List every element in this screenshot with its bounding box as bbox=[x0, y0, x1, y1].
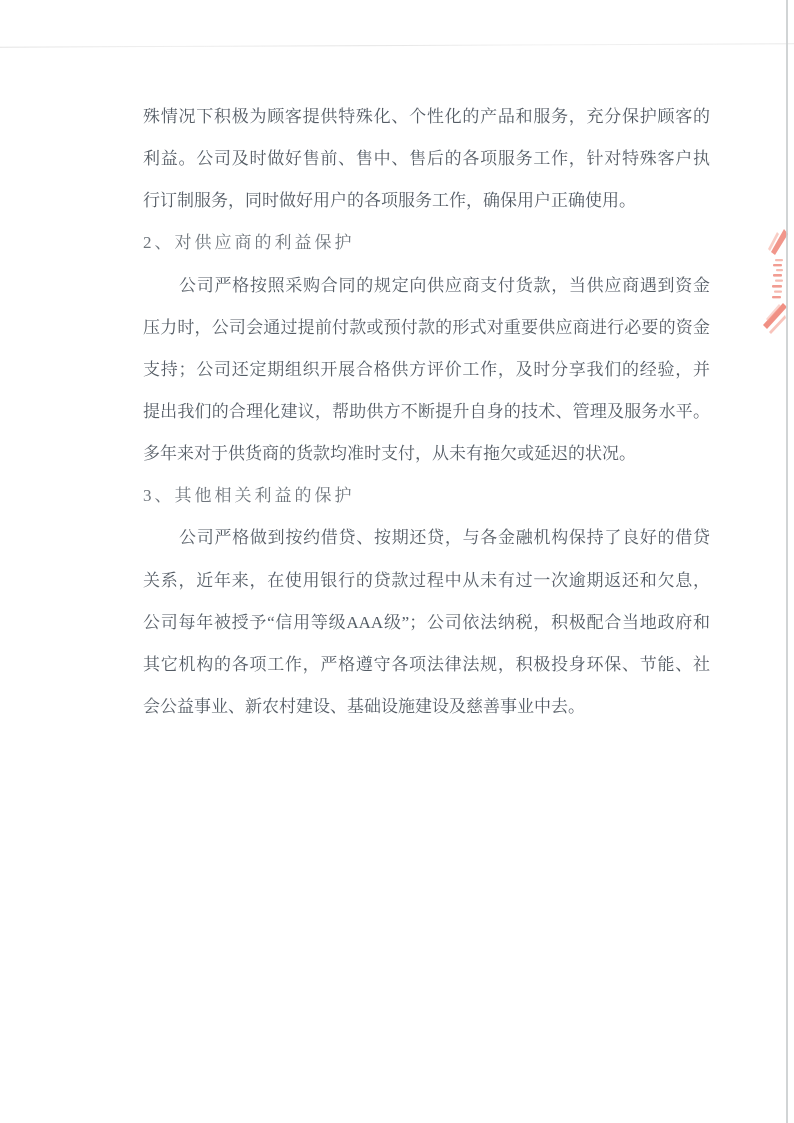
document-text: 殊情况下积极为顾客提供特殊化、个性化的产品和服务，充分保护顾客的 利益。公司及时… bbox=[143, 96, 710, 728]
red-seal-fragment bbox=[757, 221, 789, 335]
scan-fold-line bbox=[0, 43, 794, 48]
text-line: 公司严格按照采购合同的规定向供应商支付货款，当供应商遇到资金 bbox=[143, 265, 710, 307]
text-line: 殊情况下积极为顾客提供特殊化、个性化的产品和服务，充分保护顾客的 bbox=[143, 96, 710, 138]
section-heading-3: 3、其他相关利益的保护 bbox=[143, 475, 710, 517]
text-line: 利益。公司及时做好售前、售中、售后的各项服务工作，针对特殊客户执 bbox=[143, 138, 710, 180]
text-line: 压力时，公司会通过提前付款或预付款的形式对重要供应商进行必要的资金 bbox=[143, 307, 710, 349]
text-line: 提出我们的合理化建议，帮助供方不断提升自身的技术、管理及服务水平。 bbox=[143, 391, 710, 433]
document-page: 殊情况下积极为顾客提供特殊化、个性化的产品和服务，充分保护顾客的 利益。公司及时… bbox=[0, 0, 794, 1123]
text-line: 关系，近年来，在使用银行的贷款过程中从未有过一次逾期返还和欠息， bbox=[143, 560, 710, 602]
text-line: 公司严格做到按约借贷、按期还贷，与各金融机构保持了良好的借贷 bbox=[143, 517, 710, 559]
text-line: 支持；公司还定期组织开展合格供方评价工作，及时分享我们的经验，并 bbox=[143, 349, 710, 391]
text-line: 其它机构的各项工作，严格遵守各项法律法规，积极投身环保、节能、社 bbox=[143, 644, 710, 686]
text-line: 多年来对于供货商的货款均准时支付，从未有拖欠或延迟的状况。 bbox=[143, 433, 710, 475]
text-line: 公司每年被授予“信用等级AAA级”；公司依法纳税，积极配合当地政府和 bbox=[143, 602, 710, 644]
text-line: 行订制服务，同时做好用户的各项服务工作，确保用户正确使用。 bbox=[143, 180, 710, 222]
page-edge-line bbox=[786, 0, 788, 1123]
text-line: 会公益事业、新农村建设、基础设施建设及慈善事业中去。 bbox=[143, 686, 710, 728]
section-heading-2: 2、对供应商的利益保护 bbox=[143, 222, 710, 264]
